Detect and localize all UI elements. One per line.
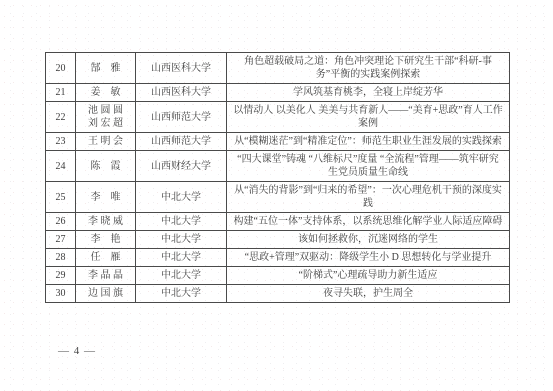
cell-university: 中北大学 — [136, 285, 227, 303]
table-row: 23王 明 会山西师范大学从“模糊迷茫”到“精准定位”：师范生职业生涯发展的实践… — [46, 133, 510, 151]
table-row: 25李 唯中北大学从“消失的背影”到“归来的希望”：一次心理危机干预的深度实践 — [46, 182, 510, 213]
table-row: 29李 晶 晶中北大学“阶梯式”心理疏导助力新生适应 — [46, 267, 510, 285]
cell-case-title: 从“消失的背影”到“归来的希望”：一次心理危机干预的深度实践 — [227, 182, 510, 213]
table-row: 22池 圆 圆刘 宏 超山西师范大学以情动人 以美化人 美美与共育新人——“美育… — [46, 102, 510, 133]
table-row: 26李 晓 威中北大学构建“五位一体”支持体系，以系统思维化解学业人际适应障碍 — [46, 213, 510, 231]
cell-number: 24 — [46, 151, 76, 182]
person-name: 郜 雅 — [79, 62, 132, 75]
cell-case-title: 构建“五位一体”支持体系，以系统思维化解学业人际适应障碍 — [227, 213, 510, 231]
cell-university: 山西医科大学 — [136, 53, 227, 84]
cell-number: 20 — [46, 53, 76, 84]
cell-name: 李 唯 — [76, 182, 136, 213]
table-row: 24陈 霞山西财经大学“四大课堂”铸魂 “八维标尺”度量 “全流程”管理——筑牢… — [46, 151, 510, 182]
table-row: 21姜 敏山西医科大学学风筑基育桃李，全寝上岸绽芳华 — [46, 84, 510, 102]
cell-case-title: 夜寻失联，护生周全 — [227, 285, 510, 303]
cell-name: 李 晶 晶 — [76, 267, 136, 285]
person-name: 王 明 会 — [79, 135, 132, 148]
cell-name: 任 雁 — [76, 249, 136, 267]
table-row: 20郜 雅山西医科大学角色超载破局之道：角色冲突理论下研究生干部“科研-事务”平… — [46, 53, 510, 84]
awards-table: 20郜 雅山西医科大学角色超载破局之道：角色冲突理论下研究生干部“科研-事务”平… — [45, 52, 510, 303]
cell-case-title: “阶梯式”心理疏导助力新生适应 — [227, 267, 510, 285]
person-name: 姜 敏 — [79, 86, 132, 99]
cell-university: 中北大学 — [136, 231, 227, 249]
cell-number: 30 — [46, 285, 76, 303]
cell-case-title: 角色超载破局之道：角色冲突理论下研究生干部“科研-事务”平衡的实践案例探索 — [227, 53, 510, 84]
person-name: 池 圆 圆 — [79, 104, 132, 117]
cell-university: 山西师范大学 — [136, 102, 227, 133]
table-row: 30边 国 旗中北大学夜寻失联，护生周全 — [46, 285, 510, 303]
cell-university: 山西医科大学 — [136, 84, 227, 102]
page-number: — 4 — — [58, 345, 96, 357]
cell-name: 池 圆 圆刘 宏 超 — [76, 102, 136, 133]
cell-university: 中北大学 — [136, 267, 227, 285]
cell-case-title: “四大课堂”铸魂 “八维标尺”度量 “全流程”管理——筑牢研究生党员质量生命线 — [227, 151, 510, 182]
cell-name: 边 国 旗 — [76, 285, 136, 303]
cell-name: 郜 雅 — [76, 53, 136, 84]
cell-name: 姜 敏 — [76, 84, 136, 102]
awards-table-body: 20郜 雅山西医科大学角色超载破局之道：角色冲突理论下研究生干部“科研-事务”平… — [46, 53, 510, 303]
person-name: 任 雁 — [79, 251, 132, 264]
cell-number: 22 — [46, 102, 76, 133]
person-name: 边 国 旗 — [79, 287, 132, 300]
cell-number: 27 — [46, 231, 76, 249]
cell-name: 李 艳 — [76, 231, 136, 249]
cell-case-title: 该如何拯救你，沉迷网络的学生 — [227, 231, 510, 249]
cell-number: 21 — [46, 84, 76, 102]
person-name: 陈 霞 — [79, 160, 132, 173]
cell-name: 陈 霞 — [76, 151, 136, 182]
table-row: 27李 艳中北大学该如何拯救你，沉迷网络的学生 — [46, 231, 510, 249]
cell-case-title: “思政+管理”双驱动：降级学生小 D 思想转化与学业提升 — [227, 249, 510, 267]
cell-university: 中北大学 — [136, 249, 227, 267]
cell-number: 25 — [46, 182, 76, 213]
cell-name: 李 晓 威 — [76, 213, 136, 231]
table-row: 28任 雁中北大学“思政+管理”双驱动：降级学生小 D 思想转化与学业提升 — [46, 249, 510, 267]
cell-case-title: 学风筑基育桃李，全寝上岸绽芳华 — [227, 84, 510, 102]
cell-case-title: 从“模糊迷茫”到“精准定位”：师范生职业生涯发展的实践探索 — [227, 133, 510, 151]
cell-number: 23 — [46, 133, 76, 151]
cell-university: 山西财经大学 — [136, 151, 227, 182]
cell-case-title: 以情动人 以美化人 美美与共育新人——“美育+思政”育人工作案例 — [227, 102, 510, 133]
person-name: 李 艳 — [79, 233, 132, 246]
cell-university: 山西师范大学 — [136, 133, 227, 151]
document-page: 20郜 雅山西医科大学角色超载破局之道：角色冲突理论下研究生干部“科研-事务”平… — [0, 0, 553, 391]
cell-university: 中北大学 — [136, 182, 227, 213]
cell-university: 中北大学 — [136, 213, 227, 231]
cell-number: 28 — [46, 249, 76, 267]
person-name: 刘 宏 超 — [79, 117, 132, 130]
cell-number: 26 — [46, 213, 76, 231]
cell-number: 29 — [46, 267, 76, 285]
person-name: 李 晓 威 — [79, 215, 132, 228]
cell-name: 王 明 会 — [76, 133, 136, 151]
person-name: 李 晶 晶 — [79, 269, 132, 282]
person-name: 李 唯 — [79, 191, 132, 204]
